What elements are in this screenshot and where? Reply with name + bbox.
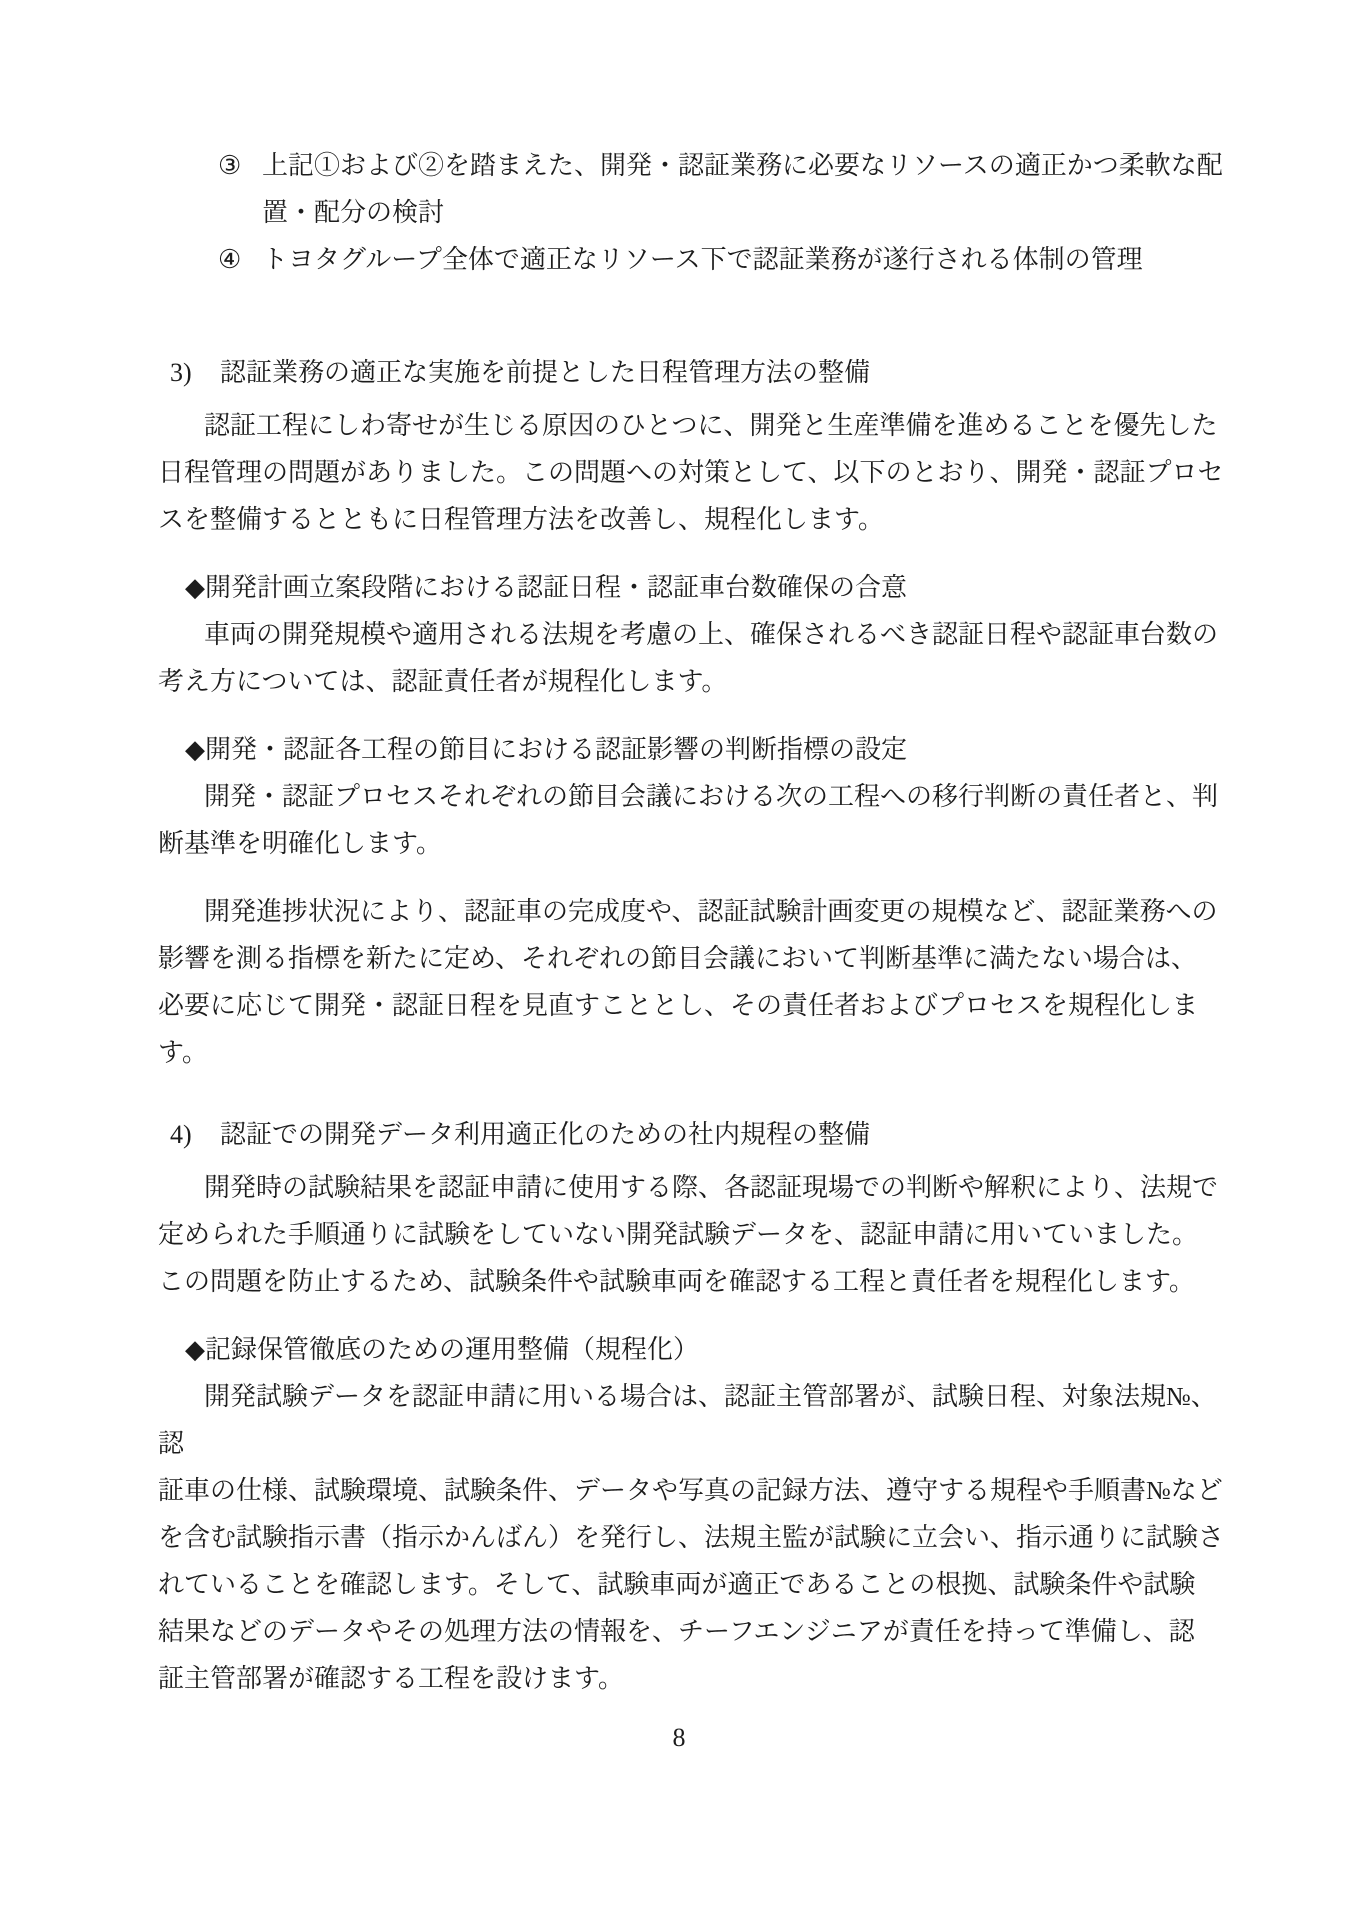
list-item-text: 上記①および②を踏まえた、開発・認証業務に必要なリソースの適正かつ柔軟な配 置・… [262,142,1223,236]
section-3-heading: 3) 認証業務の適正な実施を前提とした日程管理方法の整備 [158,349,1238,396]
section-3-closing-paragraph: 開発進捗状況により、認証車の完成度や、認証試験計画変更の規模など、認証業務への … [158,888,1238,1076]
list-item-text: トヨタグループ全体で適正なリソース下で認証業務が遂行される体制の管理 [262,236,1143,283]
document-page: ③ 上記①および②を踏まえた、開発・認証業務に必要なリソースの適正かつ柔軟な配 … [0,0,1358,1920]
list-item-4: ④ トヨタグループ全体で適正なリソース下で認証業務が遂行される体制の管理 [218,236,1238,283]
list-item-3: ③ 上記①および②を踏まえた、開発・認証業務に必要なリソースの適正かつ柔軟な配 … [218,142,1238,236]
section-3-sub1-heading: ◆開発計画立案段階における認証日程・認証車台数確保の合意 [158,564,1238,611]
page-content: ③ 上記①および②を踏まえた、開発・認証業務に必要なリソースの適正かつ柔軟な配 … [0,0,1358,1702]
resource-measures-list: ③ 上記①および②を踏まえた、開発・認証業務に必要なリソースの適正かつ柔軟な配 … [158,142,1238,283]
section-3-sub2-paragraph: 開発・認証プロセスそれぞれの節目会議における次の工程への移行判断の責任者と、判 … [158,773,1238,867]
section-4-heading: 4) 認証での開発データ利用適正化のための社内規程の整備 [158,1111,1238,1158]
section-4-intro-paragraph: 開発時の試験結果を認証申請に使用する際、各認証現場での判断や解釈により、法規で … [158,1164,1238,1305]
section-4-sub1-paragraph: 開発試験データを認証申請に用いる場合は、認証主管部署が、試験日程、対象法規№、認… [158,1373,1238,1702]
page-number: 8 [0,1714,1358,1761]
section-4-title: 認証での開発データ利用適正化のための社内規程の整備 [220,1111,870,1158]
section-4-sub1-heading: ◆記録保管徹底のための運用整備（規程化） [158,1326,1238,1373]
section-3-intro-paragraph: 認証工程にしわ寄せが生じる原因のひとつに、開発と生産準備を進めることを優先した … [158,402,1238,543]
list-marker-circled-3: ③ [218,142,262,189]
list-marker-circled-4: ④ [218,236,262,283]
section-3-number: 3) [170,349,220,396]
section-3-sub2-heading: ◆開発・認証各工程の節目における認証影響の判断指標の設定 [158,726,1238,773]
section-4-number: 4) [170,1111,220,1158]
section-3-title: 認証業務の適正な実施を前提とした日程管理方法の整備 [220,349,870,396]
section-3-sub1-paragraph: 車両の開発規模や適用される法規を考慮の上、確保されるべき認証日程や認証車台数の … [158,611,1238,705]
